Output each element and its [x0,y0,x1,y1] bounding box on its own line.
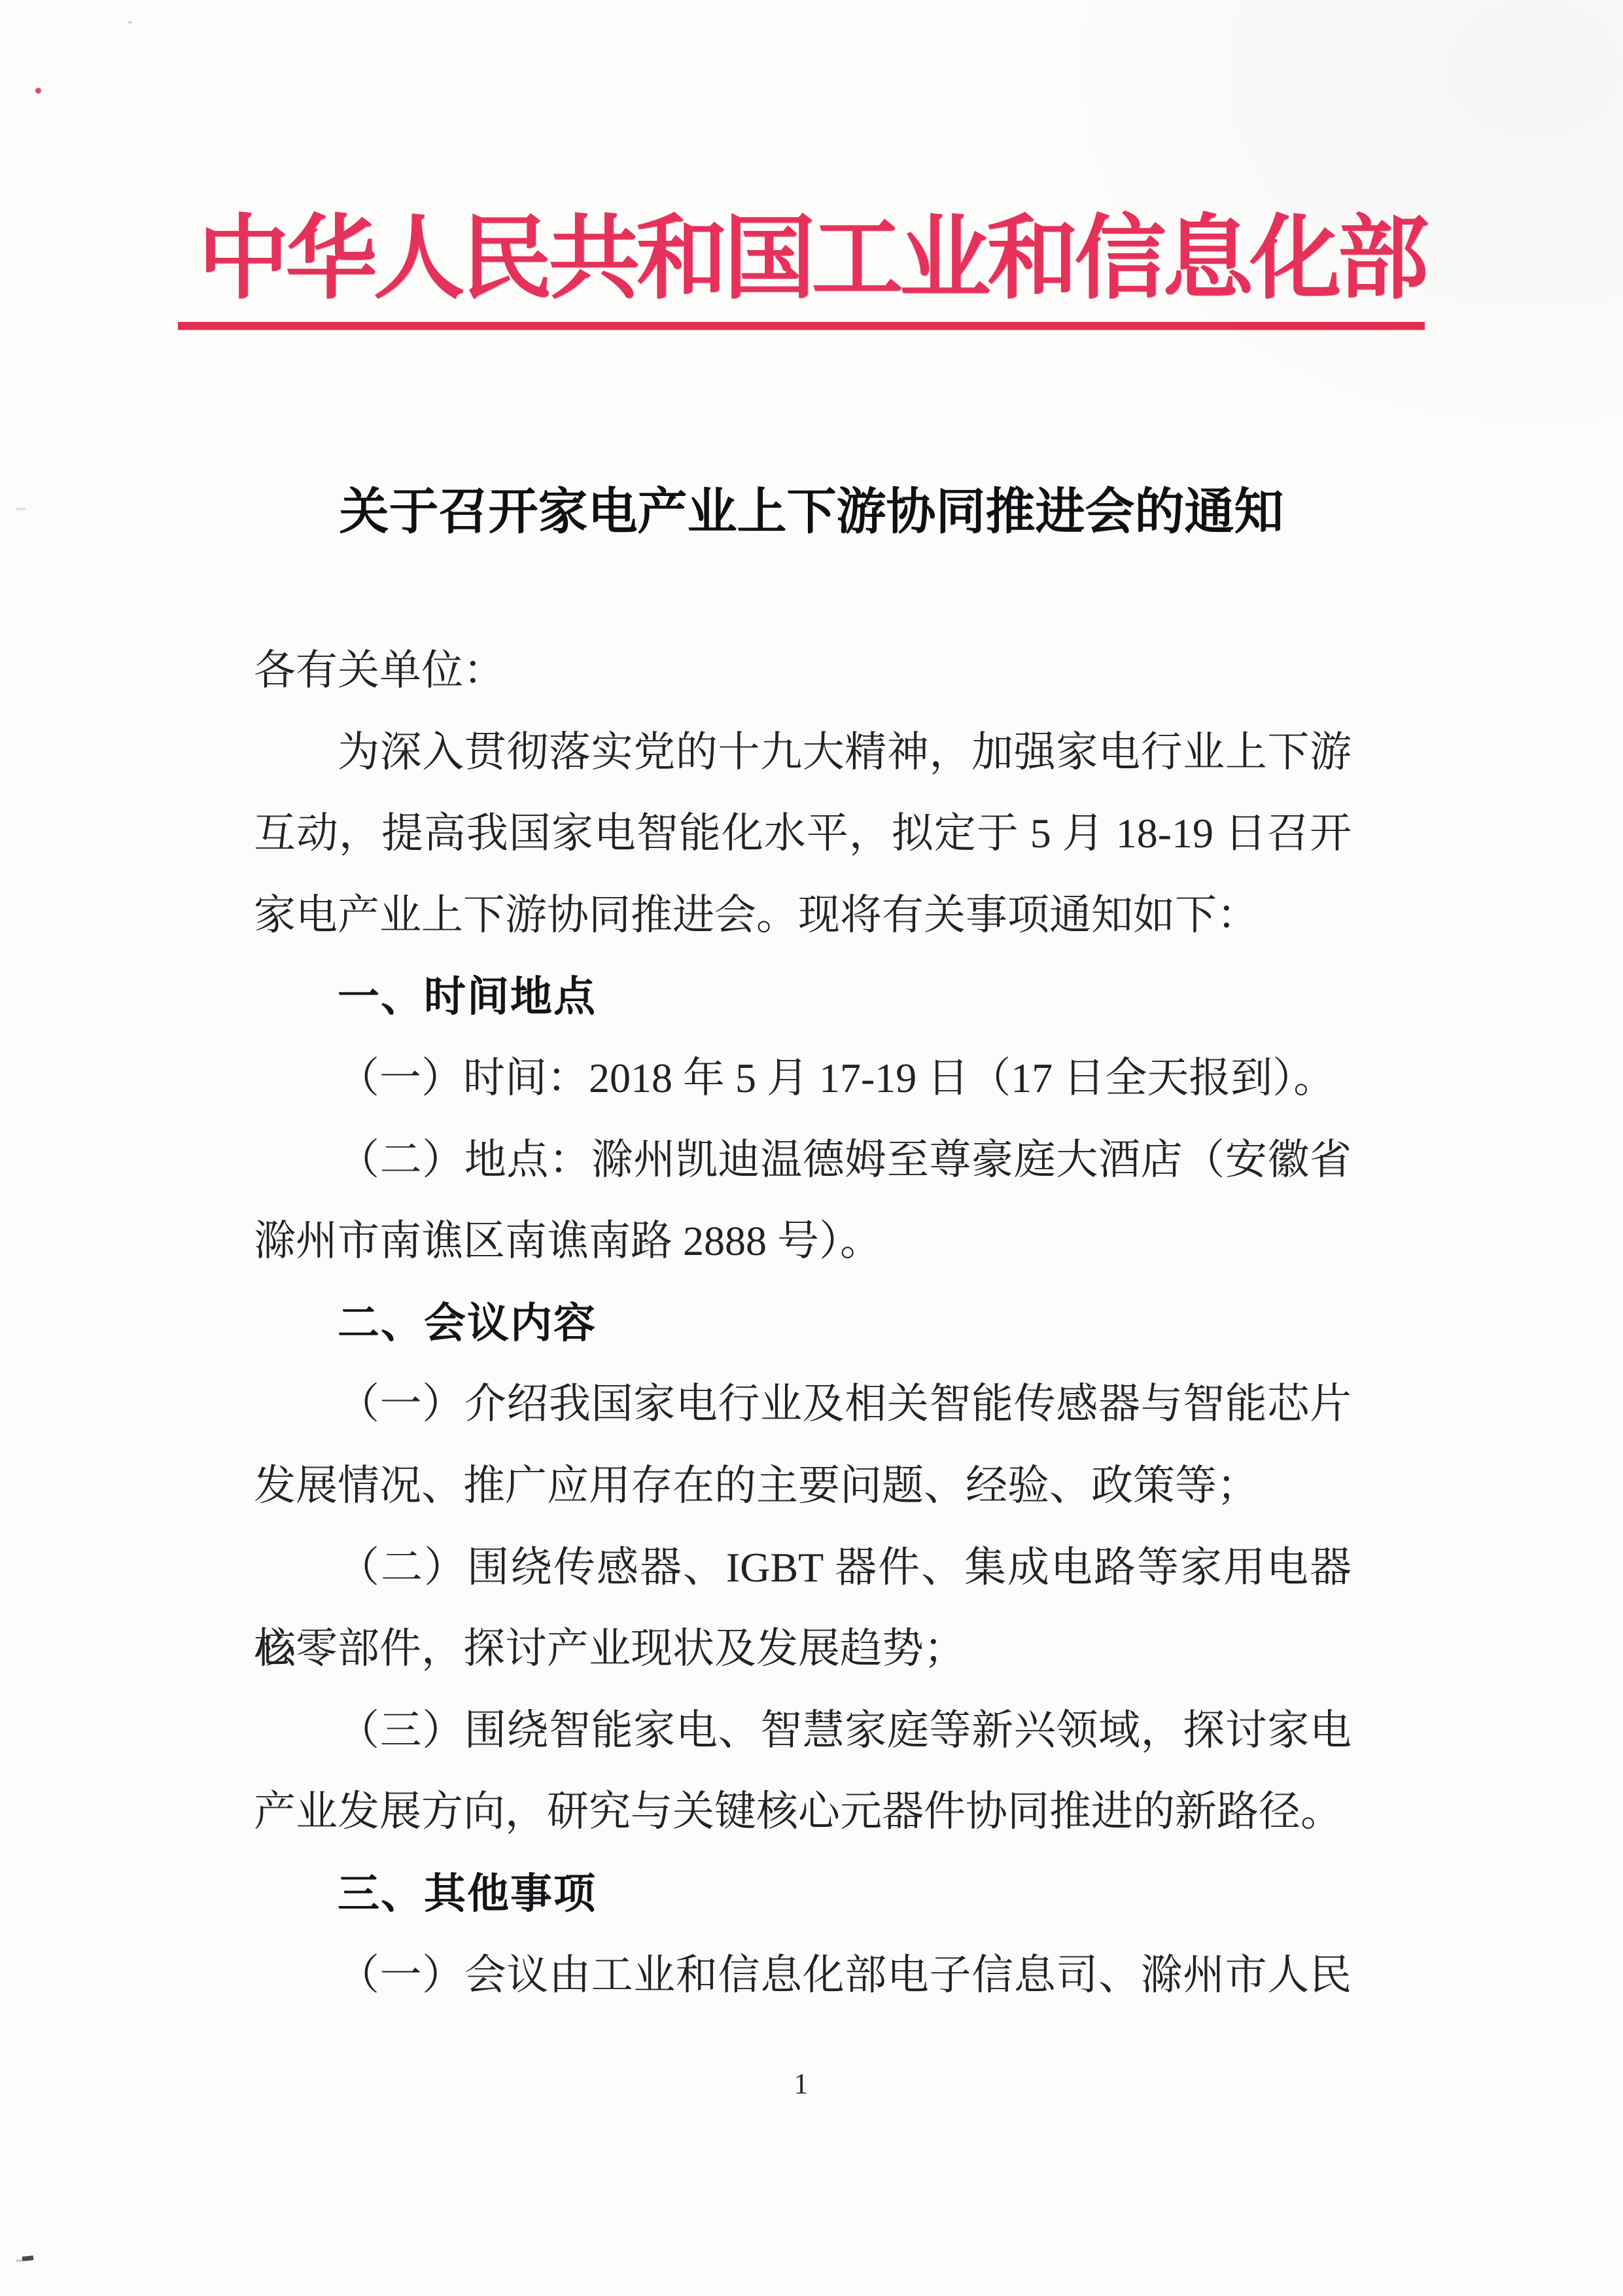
body-line: （二）围绕传感器、IGBT 器件、集成电路等家用电器核 [254,1527,1352,1609]
document-title: 关于召开家电产业上下游协同推进会的通知 [0,484,1623,540]
section-heading-3: 三、其他事项 [254,1853,1352,1935]
body-line: （三）围绕智能家电、智慧家庭等新兴领域，探讨家电 [254,1690,1352,1772]
body-line: （一）介绍我国家电行业及相关智能传感器与智能芯片 [254,1364,1352,1445]
body-line: （一）时间：2018 年 5 月 17-19 日（17 日全天报到）。 [254,1038,1352,1120]
document-body: 各有关单位： 为深入贯彻落实党的十九大精神，加强家电行业上下游 互动，提高我国家… [254,630,1352,2016]
body-line: 心零部件，探讨产业现状及发展趋势； [254,1608,1352,1690]
letterhead-rule [178,322,1425,330]
section-heading-1: 一、时间地点 [254,956,1352,1038]
salutation-line: 各有关单位： [254,630,1352,712]
body-line: 滁州市南谯区南谯南路 2888 号）。 [254,1201,1352,1282]
scan-speck-gray-dot [128,21,132,24]
section-heading-2: 二、会议内容 [254,1282,1352,1364]
body-line: 家电产业上下游协同推进会。现将有关事项通知如下： [254,875,1352,957]
scan-speck-red-dot [35,88,41,94]
scan-speck-dark-dash [22,2255,34,2261]
body-line: 互动，提高我国家电智能化水平，拟定于 5 月 18-19 日召开 [254,793,1352,875]
scanned-document-page: 中华人民共和国工业和信息化部 关于召开家电产业上下游协同推进会的通知 各有关单位… [0,0,1623,2296]
body-line: 产业发展方向，研究与关键核心元器件协同推进的新路径。 [254,1771,1352,1853]
body-line: （一）会议由工业和信息化部电子信息司、滁州市人民 [254,1935,1352,2017]
body-line: （二）地点：滁州凯迪温德姆至尊豪庭大酒店（安徽省 [254,1120,1352,1201]
body-line: 为深入贯彻落实党的十九大精神，加强家电行业上下游 [254,712,1352,794]
page-number: 1 [0,2068,1613,2100]
body-line: 发展情况、推广应用存在的主要问题、经验、政策等； [254,1445,1352,1527]
letterhead-org-name: 中华人民共和国工业和信息化部 [0,211,1623,309]
